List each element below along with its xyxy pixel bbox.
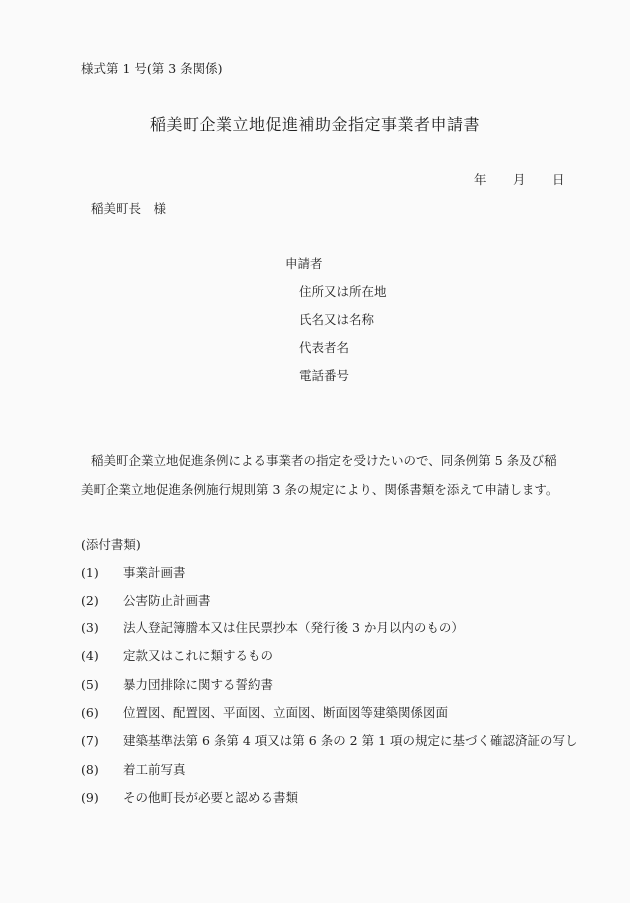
attachment-number: (9) (81, 790, 99, 806)
field-phone: 電話番号 (299, 368, 349, 384)
field-name: 氏名又は名称 (299, 312, 374, 328)
body-line-1: 稲美町企業立地促進条例による事業者の指定を受けたいので、同条例第 5 条及び稲 (81, 453, 591, 469)
attachment-text: 暴力団排除に関する誓約書 (123, 677, 273, 693)
attachment-number: (2) (81, 593, 99, 609)
date-month-label: 月 (513, 172, 526, 188)
addressee: 稲美町長 様 (91, 201, 166, 217)
document-title: 稲美町企業立地促進補助金指定事業者申請書 (0, 115, 630, 135)
attachment-text: 建築基準法第 6 条第 4 項又は第 6 条の 2 第 1 項の規定に基づく確認… (123, 733, 578, 749)
date-day-label: 日 (552, 172, 565, 188)
attachment-number: (6) (81, 705, 99, 721)
attachment-text: 公害防止計画書 (123, 593, 211, 609)
body-line-2: 美町企業立地促進条例施行規則第 3 条の規定により、関係書類を添えて申請します。 (81, 482, 581, 498)
date-year-label: 年 (474, 172, 487, 188)
attachment-text: 定款又はこれに類するもの (123, 648, 273, 664)
attachment-number: (3) (81, 620, 99, 636)
attachment-number: (4) (81, 648, 99, 664)
attachment-text: 着工前写真 (123, 762, 186, 778)
form-number: 様式第 1 号(第 3 条関係) (81, 61, 223, 77)
attachment-text: 法人登記簿謄本又は住民票抄本（発行後 3 か月以内のもの） (123, 620, 464, 636)
attachment-number: (1) (81, 565, 99, 581)
attachment-number: (7) (81, 733, 99, 749)
applicant-label: 申請者 (285, 256, 323, 272)
field-address: 住所又は所在地 (299, 284, 387, 300)
field-representative: 代表者名 (299, 340, 349, 356)
attachment-number: (8) (81, 762, 99, 778)
attachment-text: 事業計画書 (123, 565, 186, 581)
attachment-text: その他町長が必要と認める書類 (123, 790, 298, 806)
attachment-text: 位置図、配置図、平面図、立面図、断面図等建築関係図面 (123, 705, 448, 721)
attachment-number: (5) (81, 677, 99, 693)
attachments-heading: (添付書類) (81, 537, 141, 553)
